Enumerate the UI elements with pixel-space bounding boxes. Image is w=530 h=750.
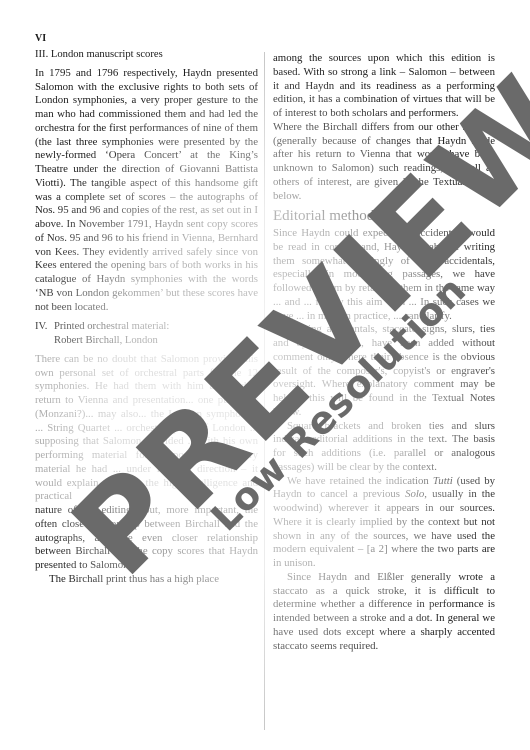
section-iii-title: London manuscript scores: [51, 49, 163, 60]
tutti-term: Tutti: [433, 475, 453, 487]
column-divider: [264, 52, 265, 730]
section-iii-number: III.: [35, 49, 48, 60]
left-column: III. London manuscript scores In 1795 an…: [35, 48, 258, 587]
section-iv-paragraph-faded: There can be no doubt that Salomon provi…: [35, 353, 258, 504]
editorial-paragraph-2: Missing accidentals, staccato signs, slu…: [273, 323, 495, 419]
editorial-paragraph-4: We have retained the indication Tutti (u…: [273, 475, 495, 571]
page-number: VI: [35, 33, 46, 44]
editorial-paragraph-5: Since Haydn and Elßler generally wrote a…: [273, 571, 495, 654]
section-iv-number: IV.: [35, 320, 54, 348]
section-iii-paragraph: In 1795 and 1796 respectively, Haydn pre…: [35, 67, 258, 315]
solo-term: Solo: [405, 488, 424, 500]
section-iii-heading: III. London manuscript scores: [35, 48, 258, 62]
editorial-paragraph-1: Since Haydn could expect that accidental…: [273, 227, 495, 323]
section-iv-paragraph-2: The Birchall print thus has a high place: [35, 573, 258, 587]
editorial-method-heading: Editorial method: [273, 210, 495, 224]
section-iv-paragraph-end: nature of the editings, but, more import…: [35, 504, 258, 573]
section-iv-title-line1: Printed orchestral material:: [54, 321, 169, 332]
document-page: VI III. London manuscript scores In 1795…: [0, 0, 530, 750]
birchall-differences-paragraph: Where the Birchall differs from our othe…: [273, 121, 495, 204]
section-iv-title-line2: Robert Birchall, London: [54, 335, 158, 346]
continuation-paragraph: among the sources upon which this editio…: [273, 52, 495, 121]
section-iv-heading: IV. Printed orchestral material: Robert …: [35, 320, 258, 348]
editorial-paragraph-3: Square brackets and broken ties and slur…: [273, 420, 495, 475]
tutti-lead-text: We have retained the indication: [287, 475, 433, 487]
right-column: among the sources upon which this editio…: [273, 52, 495, 653]
tutti-tail-text: , usually in the woodwind) wherever it a…: [273, 488, 495, 569]
